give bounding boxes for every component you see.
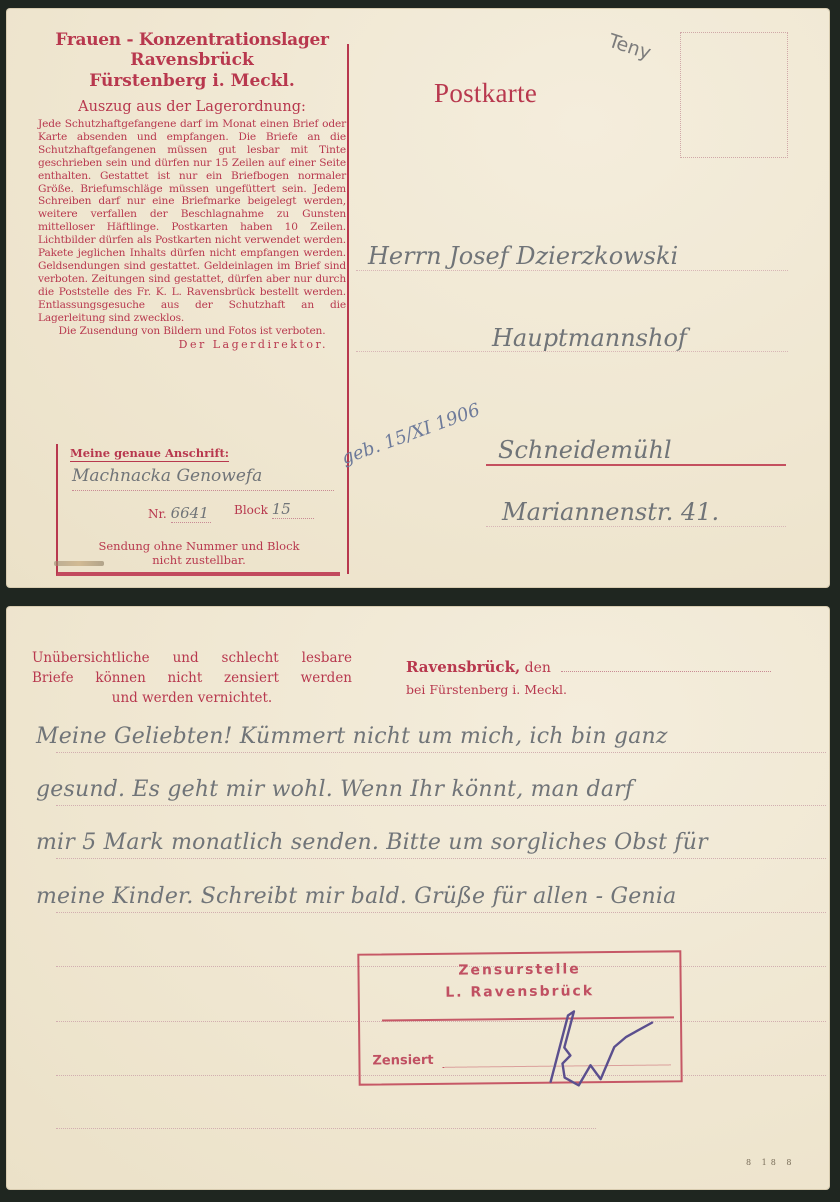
recipient-line-1: [356, 270, 788, 271]
sender-address-box: Meine genaue Anschrift: Machnacka Genowe…: [56, 444, 340, 576]
postcard-back: Unübersichtliche und schlecht lesbare Br…: [6, 606, 830, 1190]
archive-pencil-mark: Teny: [606, 30, 654, 64]
date-field: [561, 671, 771, 672]
regulations-text: Jede Schutzhaftgefangene darf im Monat e…: [38, 118, 346, 337]
recipient-line-4: [486, 526, 786, 527]
place-date-line: Ravensbrück, den: [406, 658, 771, 676]
writing-line: [56, 1128, 596, 1129]
delivery-note-line1: Sendung ohne Nummer und Block: [58, 539, 340, 553]
place-city: Ravensbrück,: [406, 658, 520, 676]
sender-address-label: Meine genaue Anschrift:: [70, 446, 229, 462]
prisoner-number-label: Nr.: [148, 507, 167, 521]
message-line-3: mir 5 Mark monatlich senden. Bitte um so…: [36, 830, 708, 855]
censor-office-line1: Zensurstelle: [359, 960, 679, 979]
postcard-title: Postkarte: [434, 78, 537, 109]
printer-mark: 8 18 8: [746, 1158, 795, 1167]
camp-location-heading: Ravensbrück: [32, 50, 352, 70]
place-den: den: [525, 660, 551, 676]
recipient-name: Herrn Josef Dzierzkowski: [368, 242, 678, 270]
block-label: Block: [234, 503, 268, 517]
legibility-warning: Unübersichtliche und schlecht lesbare Br…: [32, 648, 352, 708]
recipient-line2-text: Hauptmannshof: [492, 324, 687, 352]
writing-line: [56, 912, 826, 913]
censored-label: Zensiert: [372, 1053, 433, 1069]
prisoner-number-value: 6641: [171, 504, 211, 523]
block-value: 15: [272, 500, 314, 519]
message-line-4: meine Kinder. Schreibt mir bald. Grüße f…: [36, 884, 676, 909]
regulations-body: Jede Schutzhaftgefangene darf im Monat e…: [38, 118, 346, 324]
camp-rules-column: Frauen - Konzentrationslager Ravensbrück…: [32, 30, 352, 351]
recipient-city-underline: [486, 464, 786, 466]
block-row: Block 15: [234, 500, 314, 519]
writing-line: [56, 805, 826, 806]
postcard-front: Frauen - Konzentrationslager Ravensbrück…: [6, 8, 830, 588]
censorship-stamp: Zensurstelle L. Ravensbrück Zensiert: [357, 950, 682, 1085]
recipient-street: Mariannenstr. 41.: [502, 498, 719, 526]
censor-signature-icon: [530, 1007, 661, 1088]
regulations-last-line: Die Zusendung von Bildern und Fotos ist …: [38, 325, 346, 338]
message-line-2: gesund. Es geht mir wohl. Wenn Ihr könnt…: [36, 777, 633, 802]
camp-town-heading: Fürstenberg i. Meckl.: [32, 70, 352, 92]
camp-director-signoff: Der Lagerdirektor.: [32, 338, 328, 351]
censor-office-line2: L. Ravensbrück: [360, 982, 680, 1001]
vertical-divider: [347, 44, 349, 574]
warning-line2: Briefe können nicht zensiert werden: [32, 668, 352, 688]
recipient-city: Schneidemühl: [498, 436, 672, 464]
writing-line: [56, 752, 826, 753]
place-subline: bei Fürstenberg i. Meckl.: [406, 682, 567, 697]
stamp-placeholder-box: [680, 32, 788, 158]
writing-line: [56, 858, 826, 859]
regulations-title: Auszug aus der Lagerordnung:: [32, 98, 352, 116]
warning-line1: Unübersichtliche und schlecht lesbare: [32, 648, 352, 668]
message-line-1: Meine Geliebten! Kümmert nicht um mich, …: [36, 724, 668, 749]
prisoner-number-row: Nr. 6641: [148, 504, 211, 523]
camp-name-heading: Frauen - Konzentrationslager: [32, 30, 352, 50]
paper-clip-stain: [54, 561, 104, 566]
sender-name: Machnacka Genowefa: [72, 466, 334, 491]
birth-date-note: geb. 15/XI 1906: [339, 399, 483, 469]
warning-line3: und werden vernichtet.: [112, 690, 272, 706]
